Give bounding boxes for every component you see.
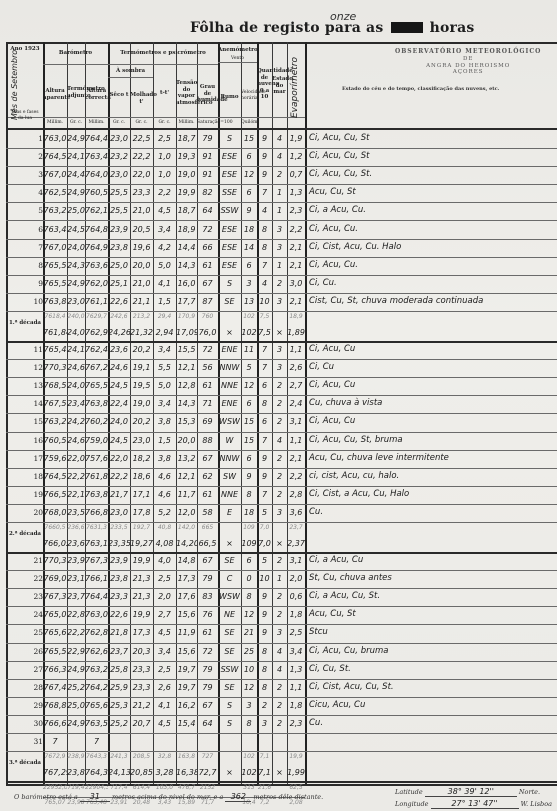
cell-ev: 1,1 (287, 345, 305, 354)
barometer-height: 31 (80, 792, 110, 802)
cell-ev: 0,6 (287, 592, 305, 601)
cell-dry: 22,6 (108, 610, 130, 619)
remark-text: Ci, Acu, Cu (309, 380, 355, 390)
cell-cl: 8 (257, 399, 272, 408)
cell-wv: 15 (241, 134, 257, 143)
cell-p: 767,0 (43, 243, 67, 252)
day-number: 31 (8, 737, 43, 746)
cell-wet: 19,1 (130, 363, 153, 372)
cell-ta: 24,2 (67, 417, 85, 426)
cell-wet: 20,7 (130, 719, 153, 728)
cell-wet: 22,5 (130, 134, 153, 143)
cell-diff: 2,6 (153, 683, 176, 692)
cell-wd: SSW (218, 206, 241, 215)
cell-hum: 66 (197, 243, 218, 252)
cell-wd: W (218, 436, 241, 445)
cell-vap: 16,0 (176, 279, 197, 288)
cell-diff: 1,0 (153, 170, 176, 179)
day-number: 1 (8, 134, 43, 143)
cell-vap: 19,3 (176, 152, 197, 161)
cell-wet: 18,2 (130, 454, 153, 463)
cell-wv: 10 (241, 665, 257, 674)
remark-text: Ci, a Acu, Cu, St. (309, 591, 380, 601)
decade-1-sum: 7618,4 (43, 313, 67, 320)
cell-ev: 1,3 (287, 188, 305, 197)
cell-dry: 25,5 (108, 188, 130, 197)
cell-ev: 2,6 (287, 363, 305, 372)
cell-dry: 23,6 (108, 345, 130, 354)
day-number: 26 (8, 647, 43, 656)
cell-cl: 5 (257, 508, 272, 517)
stamp-arc: OBSERVATÓRIO METEOROLÓGICO (395, 48, 541, 55)
cell-cl: 3 (257, 719, 272, 728)
decade-1-sea: × (272, 328, 287, 337)
cell-cl: 4 (257, 206, 272, 215)
decade-2-avg: 23,35 (108, 539, 130, 548)
cell-diff: 3,4 (153, 647, 176, 656)
cell-sea: 2 (272, 454, 287, 463)
lat-min: 39' (464, 787, 476, 796)
decade-2-sum: 233,5 (108, 524, 130, 531)
decade-2-wind-vel: 109 (241, 539, 257, 548)
cell-diff: 4,5 (153, 206, 176, 215)
cell-ta: 24,9 (67, 279, 85, 288)
cell-pc: 762,6 (85, 647, 108, 656)
day-number: 30 (8, 719, 43, 728)
cell-vap: 18,9 (176, 225, 197, 234)
row-divider (6, 450, 557, 451)
cell-ev: 1,8 (287, 610, 305, 619)
cell-p: 763,8 (43, 297, 67, 306)
remark-text: Ci, a Acu, Cu. (309, 205, 366, 215)
cell-pc: 763,0 (85, 610, 108, 619)
cell-ev: 2,1 (287, 261, 305, 270)
row-divider (6, 486, 557, 487)
row-divider (6, 715, 557, 716)
cell-pc: 764,9 (85, 243, 108, 252)
cell-wd: WSW (218, 417, 241, 426)
cell-hum: 67 (197, 556, 218, 565)
remark-text: Ci, Acu, Cu. (309, 260, 358, 270)
cell-p: 765,6 (43, 628, 67, 637)
cell-wd: ESE (218, 170, 241, 179)
cell-ev: 2,8 (287, 490, 305, 499)
cell-ta: 24,5 (67, 225, 85, 234)
cell-sea: 2 (272, 683, 287, 692)
cell-wd: ESE (218, 152, 241, 161)
cell-wv: 9 (241, 472, 257, 481)
cell-p: 770,3 (43, 556, 67, 565)
unit-label: Gr. c. (108, 120, 130, 126)
cell-wet: 19,6 (130, 243, 153, 252)
cell-wet: 17,8 (130, 508, 153, 517)
cell-cl: 9 (257, 472, 272, 481)
day-number: 23 (8, 592, 43, 601)
remark-text: Cu. (309, 507, 323, 517)
cell-p: 764,5 (43, 152, 67, 161)
cell-wv: 12 (241, 610, 257, 619)
cell-hum: 82 (197, 188, 218, 197)
decade-3-avg: 767,29 (43, 768, 67, 777)
cell-ev: 3,0 (287, 279, 305, 288)
decade-1-label: 1.ª década (8, 320, 42, 327)
decade-2-sum: 7660,5 (43, 524, 67, 531)
row-divider (6, 552, 557, 554)
barometer-group: Barómetro (43, 50, 108, 57)
decade-3-clouds-sum: 7,1 (257, 753, 272, 760)
remark-text: Stcu (309, 627, 328, 637)
cell-sea: 3 (272, 225, 287, 234)
remark-text: Ci, Acu, Cu, bruma (309, 646, 388, 656)
cell-diff: 2,2 (153, 188, 176, 197)
cell-wet: 20,3 (130, 647, 153, 656)
cell-p: 762,5 (43, 188, 67, 197)
remark-text: Cu. (309, 718, 323, 728)
decade-2-clouds-sum: 7,0 (257, 524, 272, 531)
month-sum: 476,7 (176, 784, 197, 791)
cell-wet: 19,9 (130, 610, 153, 619)
cell-diff: 3,4 (153, 225, 176, 234)
cell-vap: 11,7 (176, 490, 197, 499)
cell-hum: 58 (197, 508, 218, 517)
cell-hum: 61 (197, 381, 218, 390)
cell-ev: 0,7 (287, 170, 305, 179)
cell-pc: 757,6 (85, 454, 108, 463)
cell-p: 766,6 (43, 719, 67, 728)
cell-wet: 23,3 (130, 665, 153, 674)
wind-group: Vento (218, 56, 257, 62)
cell-sea: 3 (272, 243, 287, 252)
cell-ta: 23,0 (67, 297, 85, 306)
remark-text: Acu, Cu, St (309, 187, 356, 197)
cell-wet: 23,3 (130, 683, 153, 692)
cell-cl: 8 (257, 665, 272, 674)
cell-dry: 22,2 (108, 472, 130, 481)
day-number: 2 (8, 152, 43, 161)
cell-ev: 1,1 (287, 436, 305, 445)
row-divider (6, 432, 557, 433)
decade-3-wind-vel: 102 (241, 768, 257, 777)
col-dry: Sêco t (108, 92, 130, 99)
cell-wv: 21 (241, 628, 257, 637)
cell-sea: 2 (272, 556, 287, 565)
cell-ta: 24,9 (67, 665, 85, 674)
cell-ta: 24,3 (67, 261, 85, 270)
cell-wd: SE (218, 297, 241, 306)
cell-vap: 19,0 (176, 170, 197, 179)
cell-vap: 19,7 (176, 683, 197, 692)
decade-3-sum: 7672,9 (43, 753, 67, 760)
row-divider (6, 697, 557, 698)
cell-wd: NNW (218, 454, 241, 463)
remark-text: Cist, Cu, St, chuva moderada continuada (309, 296, 483, 306)
cell-pc: 766,1 (85, 574, 108, 583)
row-divider (6, 661, 557, 662)
cell-hum: 67 (197, 454, 218, 463)
cell-p: 765,5 (43, 261, 67, 270)
cell-diff: 4,1 (153, 701, 176, 710)
cell-hum: 79 (197, 574, 218, 583)
cell-vap: 15,6 (176, 647, 197, 656)
day-number: 29 (8, 701, 43, 710)
cell-wv: 18 (241, 508, 257, 517)
cell-diff: 3,4 (153, 345, 176, 354)
cell-dry: 24,6 (108, 363, 130, 372)
cell-pc: 763,5 (85, 719, 108, 728)
cell-ev: 2,1 (287, 454, 305, 463)
cell-pc: 762,1 (85, 206, 108, 215)
cell-cl: 6 (257, 381, 272, 390)
cell-diff: 1,5 (153, 297, 176, 306)
title-suffix: horas (430, 20, 475, 36)
cell-ta: 22,2 (67, 628, 85, 637)
month-wind-vel-sum: 313 (241, 784, 257, 791)
row-divider (6, 570, 557, 571)
cell-ev: 1,1 (287, 683, 305, 692)
cell-cl: 2 (257, 701, 272, 710)
cell-wd: NE (218, 610, 241, 619)
cell-cl: 9 (257, 628, 272, 637)
cell-dry: 25,0 (108, 261, 130, 270)
cell-ta: 24,6 (67, 436, 85, 445)
cell-ta: 22,2 (67, 472, 85, 481)
decade-2-avg: 14,20 (176, 539, 197, 548)
cell-ev: 2,5 (287, 628, 305, 637)
day-number: 15 (8, 417, 43, 426)
thermo-group: Termómetros e psicrómetro (108, 50, 218, 57)
cell-hum: 72 (197, 345, 218, 354)
row-divider (6, 359, 557, 360)
cell-sea: 2 (272, 472, 287, 481)
observatory-stamp: OBSERVATÓRIO METEOROLÓGICO DE ANGRA DO H… (395, 48, 541, 75)
cell-sea: 3 (272, 628, 287, 637)
cell-p: 768,8 (43, 701, 67, 710)
lon-min: 13' (468, 799, 480, 808)
cell-wv: 15 (241, 436, 257, 445)
latitude-value: 38° 39' 12'' (425, 787, 517, 797)
decade-1-wind-vel-sum: 102 (241, 313, 257, 320)
cell-cl: 7 (257, 345, 272, 354)
decade-1-avg: 761,84 (43, 328, 67, 337)
cell-vap: 17,6 (176, 592, 197, 601)
row-divider (6, 413, 557, 414)
cell-p: 763,2 (43, 417, 67, 426)
decade-1-clouds-sum: 7,5 (257, 313, 272, 320)
cell-pc: 764,0 (85, 170, 108, 179)
cell-diff: 5,0 (153, 381, 176, 390)
cell-wet: 19,0 (130, 399, 153, 408)
cell-p: 766,3 (43, 665, 67, 674)
cell-hum: 64 (197, 206, 218, 215)
cell-ta: 23,5 (67, 508, 85, 517)
cell-sea: 2 (272, 592, 287, 601)
cell-sea: 2 (272, 399, 287, 408)
cell-dry: 21,7 (108, 490, 130, 499)
row-divider (6, 679, 557, 680)
cell-sea: 4 (272, 152, 287, 161)
cell-wet: 21,3 (130, 574, 153, 583)
cell-wet: 21,0 (130, 206, 153, 215)
row-divider (6, 606, 557, 607)
cell-wd: ENE (218, 399, 241, 408)
day-number: 28 (8, 683, 43, 692)
barometer-note: O barómetro está a 31 metros acima do ni… (14, 792, 323, 802)
cell-pc: 767,2 (85, 363, 108, 372)
month-sum: 719,4 (67, 784, 85, 791)
cell-dry: 25,8 (108, 665, 130, 674)
cell-vap: 19,7 (176, 665, 197, 674)
day-number: 11 (8, 345, 43, 354)
row-divider (6, 184, 557, 185)
cell-hum: 91 (197, 170, 218, 179)
cell-ta: 24,6 (67, 363, 85, 372)
remark-text: Ci, Acu, Cu, St, bruma (309, 435, 403, 445)
day-number: 22 (8, 574, 43, 583)
day-number: 12 (8, 363, 43, 372)
day-number: 9 (8, 279, 43, 288)
cell-ta: 23,1 (67, 574, 85, 583)
cell-ev: 1,2 (287, 152, 305, 161)
cell-dry: 23,8 (108, 574, 130, 583)
barometer-prefix: O barómetro está a (14, 793, 78, 801)
cell-dry: 23,2 (108, 152, 130, 161)
cell-ev: 1,9 (287, 134, 305, 143)
decade-2-clouds: 7,0 (257, 539, 272, 548)
remark-text: Ci, Cist, Acu, Cu, St. (309, 682, 394, 692)
cell-pc: 764,4 (85, 592, 108, 601)
cell-wet: 23,3 (130, 188, 153, 197)
remark-text: Ci, Cist, a Acu, Cu, Halo (309, 489, 409, 499)
remark-text: Ci, Acu, Cu (309, 416, 355, 426)
row-divider (6, 148, 557, 149)
row-divider (6, 257, 557, 258)
decade-2-avg: 4,08 (153, 539, 176, 548)
cell-pc: 764,2 (85, 683, 108, 692)
cell-ta: 24,9 (67, 719, 85, 728)
cell-cl: 9 (257, 134, 272, 143)
cell-wv: 11 (241, 345, 257, 354)
redacted-hour (391, 22, 423, 33)
cell-wv: 3 (241, 701, 257, 710)
decade-3-clouds: 7,1 (257, 768, 272, 777)
remark-text: Ci, Acu, Cu (309, 344, 355, 354)
remark-text: Acu, Cu, St (309, 609, 356, 619)
cell-wv: 5 (241, 363, 257, 372)
cell-wet: 19,5 (130, 381, 153, 390)
cell-vap: 17,7 (176, 297, 197, 306)
cell-wd: ESE (218, 225, 241, 234)
cell-p: 765,5 (43, 647, 67, 656)
cell-p: 7 (43, 737, 67, 746)
remark-text: Cu, chuva à vista (309, 398, 382, 408)
col-wind-vel: Velocidade horária (241, 90, 257, 101)
cell-ev: 1,3 (287, 665, 305, 674)
cell-wd: ENE (218, 345, 241, 354)
cell-wet: 20,5 (130, 225, 153, 234)
cell-diff: 4,5 (153, 628, 176, 637)
cell-wv: 25 (241, 647, 257, 656)
decade-2-sum: 40,8 (153, 524, 176, 531)
decade-3-sum: 727 (197, 753, 218, 760)
decade-3-avg: 764,33 (85, 768, 108, 777)
row-divider (6, 239, 557, 240)
decade-3-sea: × (272, 768, 287, 777)
cell-cl: 10 (257, 574, 272, 583)
cell-ta: 24,1 (67, 345, 85, 354)
cell-diff: 1,5 (153, 436, 176, 445)
cell-p: 765,5 (43, 279, 67, 288)
cell-ta: 22,1 (67, 490, 85, 499)
cell-sea: 2 (272, 610, 287, 619)
cell-ta: 24,0 (67, 243, 85, 252)
cell-vap: 15,5 (176, 345, 197, 354)
cell-wd: SSW (218, 665, 241, 674)
cell-wv: 18 (241, 225, 257, 234)
cell-wv: 0 (241, 574, 257, 583)
cell-dry: 23,8 (108, 243, 130, 252)
day-number: 8 (8, 261, 43, 270)
cell-ev: 2,0 (287, 574, 305, 583)
remark-text: ci, cist, Acu, cu, halo. (309, 471, 399, 481)
cell-diff: 4,5 (153, 719, 176, 728)
cell-hum: 88 (197, 436, 218, 445)
cell-sea: 3 (272, 297, 287, 306)
row-divider (6, 733, 557, 734)
latitude-label: Latitude (395, 788, 423, 796)
cell-diff: 2,0 (153, 592, 176, 601)
cell-diff: 4,6 (153, 490, 176, 499)
decade-2-avg: 763,13 (85, 539, 108, 548)
cell-diff: 2,7 (153, 610, 176, 619)
cell-diff: 3,4 (153, 399, 176, 408)
cell-hum: 79 (197, 134, 218, 143)
row-divider (6, 128, 557, 130)
decade-2-evap-avg: 2,37 (287, 539, 305, 548)
cell-vap: 13,2 (176, 454, 197, 463)
cell-dry: 23,0 (108, 508, 130, 517)
cell-sea: 2 (272, 279, 287, 288)
decade-3-avg: 16,38 (176, 768, 197, 777)
cell-hum: 72 (197, 647, 218, 656)
cell-wd: ESE (218, 243, 241, 252)
cell-wv: 6 (241, 261, 257, 270)
decade-1-avg: 76,0 (197, 328, 218, 337)
cell-vap: 15,4 (176, 719, 197, 728)
cell-diff: 4,6 (153, 472, 176, 481)
cell-pc: 765,5 (85, 381, 108, 390)
row-divider (6, 468, 557, 469)
col-humidity: Grau de humidade (197, 84, 218, 104)
decade-2-sum: 192,7 (130, 524, 153, 531)
row-divider (6, 202, 557, 203)
cell-wv: 6 (241, 399, 257, 408)
cell-vap: 18,7 (176, 134, 197, 143)
cell-diff: 3,8 (153, 417, 176, 426)
cell-ev: 3,1 (287, 556, 305, 565)
cell-hum: 67 (197, 701, 218, 710)
cell-pc: 763,8 (85, 490, 108, 499)
cell-dry: 22,4 (108, 399, 130, 408)
row-divider (218, 62, 257, 63)
cell-diff: 2,5 (153, 574, 176, 583)
decade-1-sum: 29,4 (153, 313, 176, 320)
lon-deg: 27° (451, 799, 465, 808)
cell-sea: 1 (272, 261, 287, 270)
cell-sea: 1 (272, 206, 287, 215)
decade-2-avg: 23,66 (67, 539, 85, 548)
decade-1-wind-vel: 102 (241, 328, 257, 337)
decade-2-avg: 19,27 (130, 539, 153, 548)
